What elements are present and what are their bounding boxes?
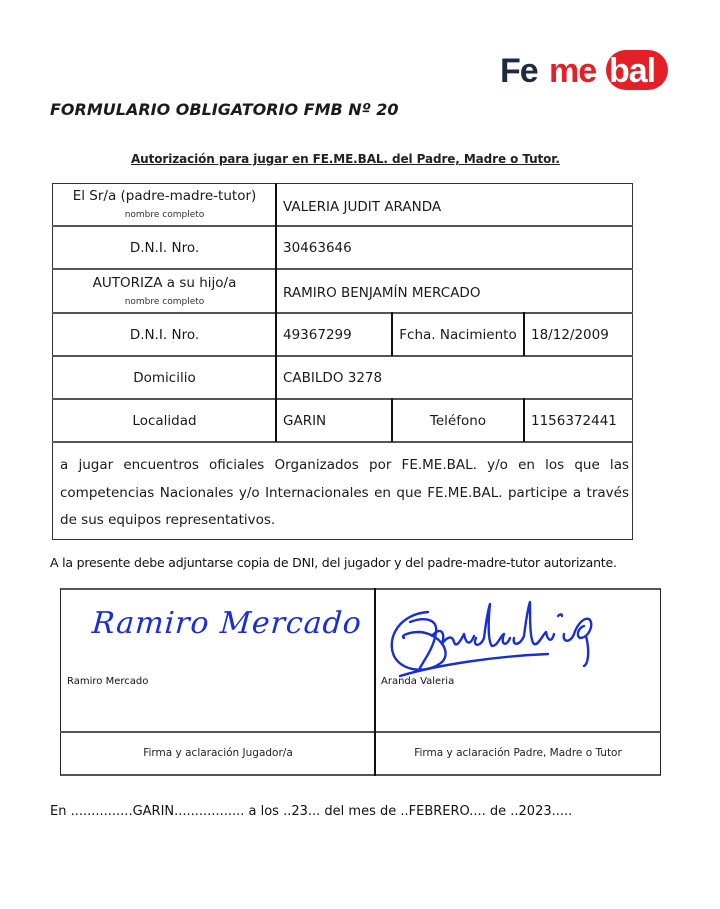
logo-text-me: me — [549, 52, 596, 91]
birth-date-label: Fcha. Nacimiento — [393, 314, 523, 355]
child-dni-field[interactable]: 49367299 — [283, 314, 391, 355]
guardian-dni-field[interactable]: 30463646 — [283, 227, 623, 268]
form-title: FORMULARIO OBLIGATORIO FMB Nº 20 — [50, 100, 399, 119]
column-divider — [275, 183, 277, 442]
phone-field[interactable]: 1156372441 — [531, 400, 631, 441]
guardian-name-field[interactable]: VALERIA JUDIT ARANDA — [283, 186, 623, 227]
birth-date-field[interactable]: 18/12/2009 — [531, 314, 631, 355]
child-label: AUTORIZA a su hijo/a — [93, 275, 237, 291]
guardian-label: El Sr/a (padre-madre-tutor) — [73, 188, 257, 204]
attachment-note: A la presente debe adjuntarse copia de D… — [50, 555, 617, 570]
column-divider — [523, 312, 525, 356]
femebal-logo: Fe me bal — [500, 50, 670, 94]
guardian-sublabel: nombre completo — [125, 210, 205, 221]
player-signature-caption: Firma y aclaración Jugador/a — [62, 747, 374, 759]
guardian-label-cell: El Sr/a (padre-madre-tutor) nombre compl… — [54, 184, 275, 225]
signature-divider — [60, 731, 661, 733]
city-label: Localidad — [54, 400, 275, 441]
logo-text-bal: bal — [609, 52, 655, 91]
player-signature: Ramiro Mercado — [91, 606, 363, 641]
row-divider — [52, 441, 633, 443]
guardian-signature-caption: Firma y aclaración Padre, Madre o Tutor — [376, 747, 660, 759]
address-field[interactable]: CABILDO 3278 — [283, 357, 623, 398]
guardian-dni-label: D.N.I. Nro. — [54, 227, 275, 268]
child-dni-label: D.N.I. Nro. — [54, 314, 275, 355]
address-label: Domicilio — [54, 357, 275, 398]
guardian-printed-name: Aranda Valeria — [381, 676, 454, 687]
child-name-field[interactable]: RAMIRO BENJAMÍN MERCADO — [283, 272, 623, 314]
column-divider — [523, 398, 525, 442]
logo-text-fe: Fe — [500, 52, 538, 91]
child-sublabel: nombre completo — [125, 297, 205, 308]
place-date-line: En ...............GARIN.................… — [50, 804, 572, 819]
authorization-text: a jugar encuentros oficiales Organizados… — [60, 452, 629, 535]
guardian-signature — [380, 592, 610, 682]
child-label-cell: AUTORIZA a su hijo/a nombre completo — [54, 270, 275, 312]
city-field[interactable]: GARIN — [283, 400, 391, 441]
form-subtitle: Autorización para jugar en FE.ME.BAL. de… — [131, 152, 560, 166]
phone-label: Teléfono — [393, 400, 523, 441]
player-printed-name: Ramiro Mercado — [67, 676, 148, 687]
